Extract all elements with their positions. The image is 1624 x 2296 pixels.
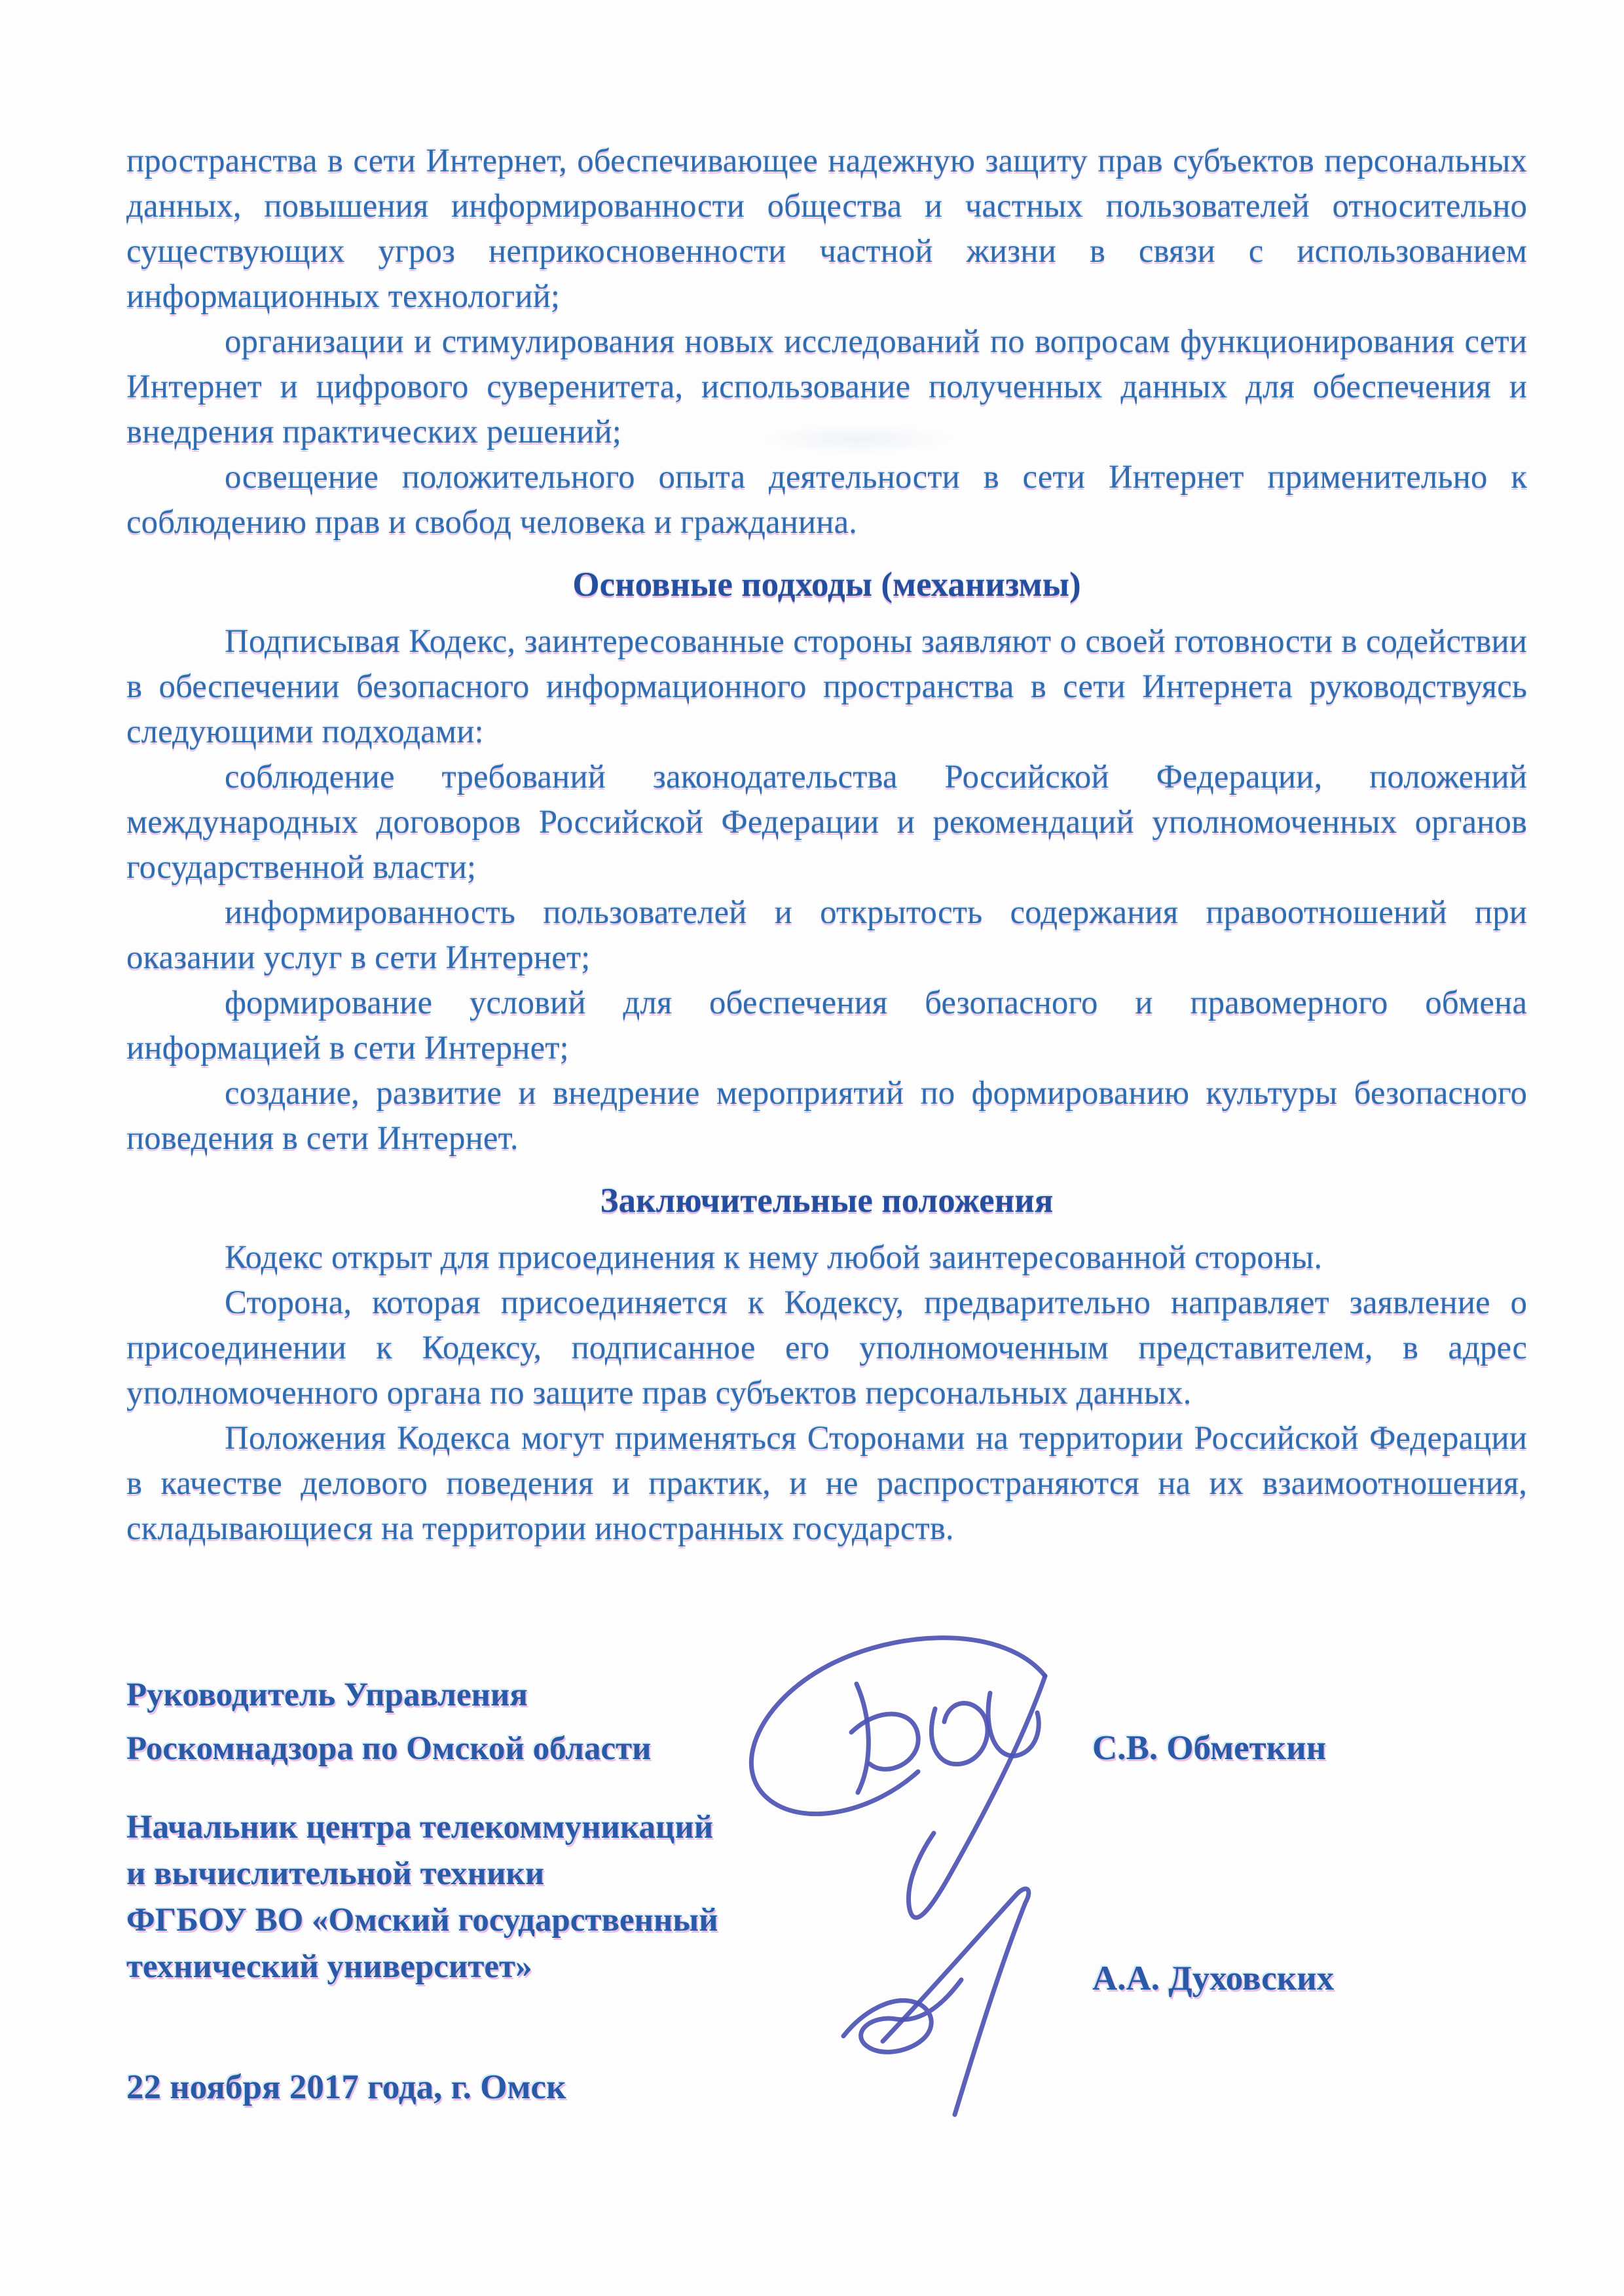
section-heading-final-provisions: Заключительные положения [126, 1178, 1527, 1224]
signature-dukhovskikh-ink [843, 1889, 1029, 2115]
signer-title-line: Руководитель Управления [126, 1668, 652, 1722]
signer-title-line: и вычислительной техники [126, 1851, 718, 1897]
date-place-line: 22 ноября 2017 года, г. Омск [126, 2068, 566, 2107]
signer-name-obmetkin: С.В. Обметкин [1092, 1728, 1326, 1768]
paragraph: организации и стимулирования новых иссле… [126, 319, 1527, 455]
signature-block-roskomnadzor: Руководитель Управления Роскомнадзора по… [126, 1668, 652, 1776]
paragraph: формирование условий для обеспечения без… [126, 981, 1527, 1071]
section-heading-main-approaches: Основные подходы (механизмы) [126, 562, 1527, 608]
paragraph: Кодекс открыт для присоединения к нему л… [126, 1235, 1527, 1281]
signer-title-line: ФГБОУ ВО «Омский государственный [126, 1897, 718, 1944]
paragraph: Сторона, которая присоединяется к Кодекс… [126, 1281, 1527, 1416]
signer-name-dukhovskikh: А.А. Духовских [1092, 1959, 1334, 1998]
paragraph: информированность пользователей и открыт… [126, 890, 1527, 981]
paragraph: Подписывая Кодекс, заинтересованные стор… [126, 619, 1527, 755]
signature-block-omstu: Начальник центра телекоммуникаций и вычи… [126, 1804, 718, 1990]
paragraph: создание, развитие и внедрение мероприят… [126, 1071, 1527, 1161]
scanned-document-page: пространства в сети Интернет, обеспечива… [0, 0, 1624, 2296]
paragraph: пространства в сети Интернет, обеспечива… [126, 139, 1527, 319]
signer-title-line: технический университет» [126, 1944, 718, 1990]
document-body: пространства в сети Интернет, обеспечива… [126, 139, 1527, 1552]
signer-title-line: Начальник центра телекоммуникаций [126, 1804, 718, 1851]
paragraph: освещение положительного опыта деятельно… [126, 455, 1527, 545]
paragraph: соблюдение требований законодательства Р… [126, 755, 1527, 890]
signer-title-line: Роскомнадзора по Омской области [126, 1722, 652, 1776]
paragraph: Положения Кодекса могут применяться Стор… [126, 1416, 1527, 1552]
signature-obmetkin-ink [751, 1638, 1045, 1918]
